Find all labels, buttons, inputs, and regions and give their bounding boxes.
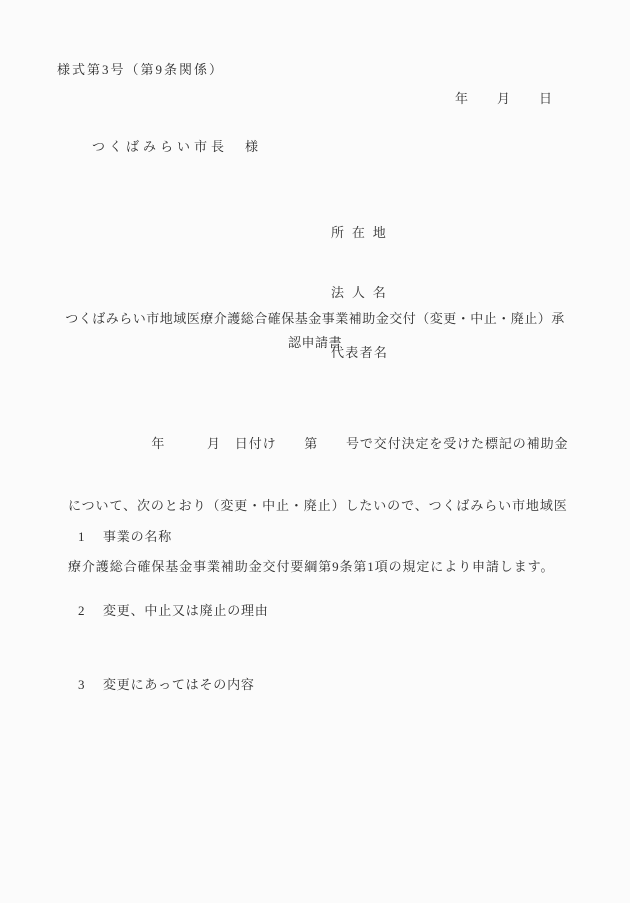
- list-item-number: 3: [78, 676, 103, 693]
- list-item-reason: 2 変更、中止又は廃止の理由: [78, 602, 269, 619]
- applicant-corporate-name-label: 法 人 名: [331, 280, 388, 306]
- date-placeholder: 年 月 日: [455, 90, 553, 107]
- document-page: 様式第3号（第9条関係） 年 月 日 つくばみらい市長 様 所 在 地 法 人 …: [0, 0, 630, 903]
- document-title: つくばみらい市地域医療介護総合確保基金事業補助金交付（変更・中止・廃止）承 認申…: [60, 307, 570, 354]
- list-item-number: 1: [78, 528, 103, 545]
- list-item-label: 変更にあってはその内容: [103, 676, 255, 693]
- form-number: 様式第3号（第9条関係）: [57, 61, 224, 78]
- applicant-block: 所 在 地 法 人 名 代表者名: [331, 186, 388, 400]
- list-item-business-name: 1 事業の名称: [78, 528, 172, 545]
- document-title-line2: 認申請書: [60, 331, 570, 355]
- list-item-number: 2: [78, 602, 103, 619]
- list-item-label: 変更、中止又は廃止の理由: [103, 602, 269, 619]
- body-paragraph-line3: 療介護総合確保基金事業補助金交付要綱第9条第1項の規定により申請します。: [68, 553, 568, 581]
- document-title-line1: つくばみらい市地域医療介護総合確保基金事業補助金交付（変更・中止・廃止）承: [60, 307, 570, 331]
- list-item-label: 事業の名称: [103, 528, 172, 545]
- body-paragraph: 年 月 日付け 第 号で交付決定を受けた標記の補助金 について、次のとおり（変更…: [68, 396, 568, 615]
- list-item-change-details: 3 変更にあってはその内容: [78, 676, 255, 693]
- addressee-line: つくばみらい市長 様: [92, 138, 262, 155]
- applicant-address-label: 所 在 地: [331, 220, 388, 246]
- body-paragraph-line1: 年 月 日付け 第 号で交付決定を受けた標記の補助金: [68, 430, 568, 458]
- body-paragraph-line2: について、次のとおり（変更・中止・廃止）したいので、つくばみらい市地域医: [68, 492, 568, 520]
